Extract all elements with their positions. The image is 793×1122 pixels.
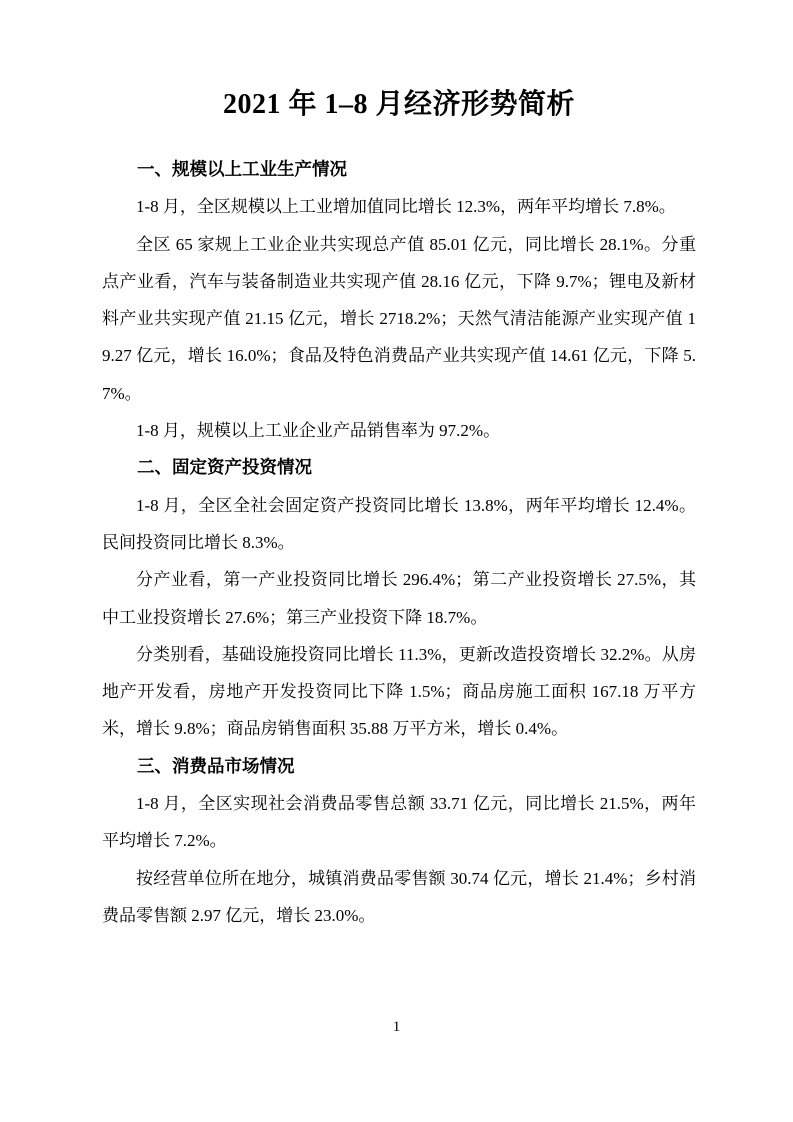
paragraph-industrial-growth: 1-8 月，全区规模以上工业增加值同比增长 12.3%，两年平均增长 7.8%。 <box>102 188 696 225</box>
paragraph-retail-sales-by-location: 按经营单位所在地分，城镇消费品零售额 30.74 亿元，增长 21.4%；乡村消… <box>102 860 696 935</box>
paragraph-investment-by-category: 分类别看，基础设施投资同比增长 11.3%，更新改造投资增长 32.2%。从房地… <box>102 636 696 748</box>
section-heading-industrial-production: 一、规模以上工业生产情况 <box>102 151 696 188</box>
page-number: 1 <box>0 1018 793 1036</box>
paragraph-industrial-output-by-sector: 全区 65 家规上工业企业共实现总产值 85.01 亿元，同比增长 28.1%。… <box>102 226 696 412</box>
paragraph-product-sales-rate: 1-8 月，规模以上工业企业产品销售率为 97.2%。 <box>102 412 696 449</box>
document-title: 2021 年 1–8 月经济形势简析 <box>102 86 696 124</box>
section-heading-fixed-asset-investment: 二、固定资产投资情况 <box>102 449 696 486</box>
paragraph-investment-growth: 1-8 月，全区全社会固定资产投资同比增长 13.8%，两年平均增长 12.4%… <box>102 487 696 562</box>
section-industrial-production: 一、规模以上工业生产情况 1-8 月，全区规模以上工业增加值同比增长 12.3%… <box>102 151 696 449</box>
paragraph-investment-by-industry: 分产业看，第一产业投资同比增长 296.4%；第二产业投资增长 27.5%，其中… <box>102 561 696 636</box>
document-page: 2021 年 1–8 月经济形势简析 一、规模以上工业生产情况 1-8 月，全区… <box>0 0 793 1122</box>
section-fixed-asset-investment: 二、固定资产投资情况 1-8 月，全区全社会固定资产投资同比增长 13.8%，两… <box>102 449 696 747</box>
section-heading-consumer-market: 三、消费品市场情况 <box>102 748 696 785</box>
section-consumer-market: 三、消费品市场情况 1-8 月，全区实现社会消费品零售总额 33.71 亿元，同… <box>102 748 696 934</box>
paragraph-retail-sales-total: 1-8 月，全区实现社会消费品零售总额 33.71 亿元，同比增长 21.5%，… <box>102 785 696 860</box>
